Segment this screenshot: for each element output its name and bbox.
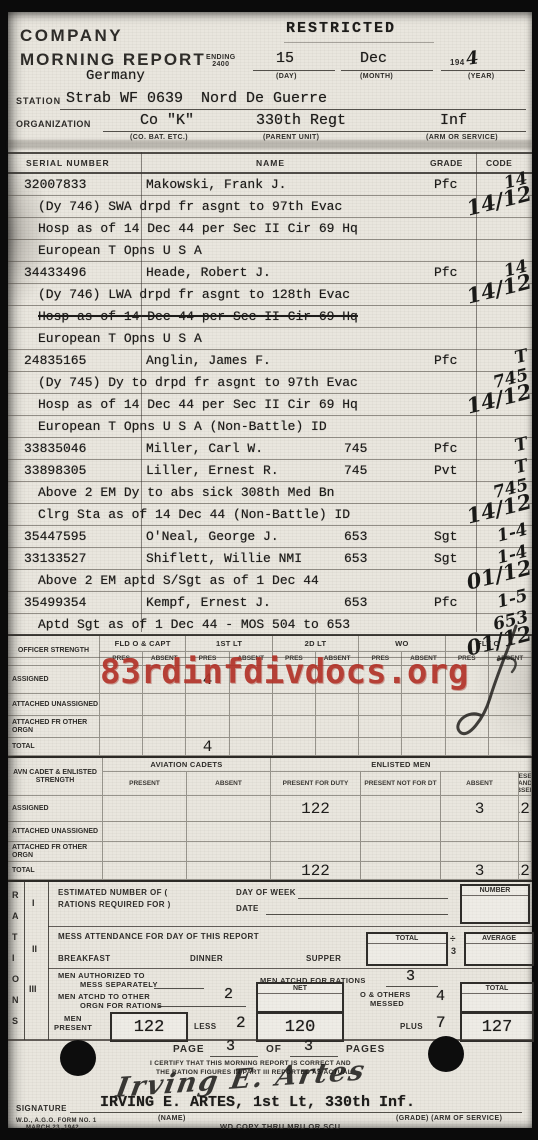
enlisted-strength-table: AVN CADET & ENLISTED STRENGTHAVIATION CA… — [8, 756, 532, 882]
roster-row: 35499354Kempf, Ernest J.653Pfc1-5 — [8, 592, 532, 614]
enlisted-cell-value — [441, 842, 519, 862]
grade-value: Sgt — [434, 529, 457, 544]
officer-row-label: ATTACHED FR OTHER ORGN — [8, 716, 100, 738]
rations-estimated-label2: RATIONS REQUIRED FOR ) — [58, 900, 171, 909]
aviation-cadets-header: AVIATION CADETS — [103, 758, 271, 772]
officer-cell-value — [316, 694, 359, 716]
soldier-name: Makowski, Frank J. — [146, 177, 286, 192]
entry-note: Above 2 EM aptd S/Sgt as of 1 Dec 44 — [38, 573, 319, 588]
entry-note: European T Opns U S A (Non-Battle) ID — [38, 419, 327, 434]
soldier-name: Miller, Carl W. — [146, 441, 263, 456]
divide-by-value: 3 — [451, 946, 456, 956]
officer-row-label: ASSIGNED — [8, 666, 100, 694]
signature-underline — [70, 1112, 522, 1113]
form-number-line2: MARCH 23, 1942 — [26, 1125, 79, 1131]
roster-row: (Dy 746) LWA drpd fr asgnt to 128th Evac… — [8, 284, 532, 306]
column-name: NAME — [256, 158, 285, 168]
grade-value: Pfc — [434, 353, 457, 368]
breakfast-label: BREAKFAST — [58, 954, 111, 963]
mos-code: 653 — [344, 551, 367, 566]
supper-label: SUPPER — [306, 954, 341, 963]
entry-note: Hosp as of 14 Dec 44 per Sec II Cir 69 H… — [38, 397, 358, 412]
enlisted-subcol-header: PRESENT — [103, 772, 187, 796]
soldier-name: O'Neal, George J. — [146, 529, 279, 544]
officer-group-header: 2D LT — [273, 636, 359, 652]
enlisted-cell-value: 122 — [271, 862, 361, 880]
entry-note: (Dy 746) SWA drpd fr asgnt to 97th Evac — [38, 199, 342, 214]
serial-number: 24835165 — [24, 353, 86, 368]
soldier-name: Liller, Ernest R. — [146, 463, 279, 478]
enlisted-cell-value: 125 — [519, 862, 532, 880]
men-atchd-rations-value: 3 — [406, 968, 415, 985]
station-value: Strab WF 0639 Nord De Guerre — [66, 90, 327, 107]
officer-cell-value — [273, 716, 316, 738]
enlisted-subcol-header: PRESENT AND ABSENT — [519, 772, 532, 796]
entry-note: (Dy 746) LWA drpd fr asgnt to 128th Evac — [38, 287, 350, 302]
officer-cell-value — [316, 716, 359, 738]
rations-side-label: RATIONS — [8, 882, 25, 1040]
scan-smudge — [8, 140, 532, 149]
officer-row-label: ATTACHED UNASSIGNED — [8, 694, 100, 716]
rations-total-box-label: TOTAL — [462, 984, 532, 994]
date-label: DATE — [236, 904, 259, 913]
organization-label: ORGANIZATION — [16, 119, 91, 129]
roster-row: 34433496Heade, Robert J.Pfc14 — [8, 262, 532, 284]
station-underline — [60, 109, 526, 110]
net-value-box: 120 — [256, 1012, 344, 1042]
average-box: AVERAGE — [464, 932, 534, 966]
section-numeral-3: III — [29, 984, 37, 994]
rations-letter: S — [12, 1016, 18, 1026]
roster-row: European T Opns U S A — [8, 240, 532, 262]
men-atchd-rations-blank — [386, 986, 438, 987]
page-current: 3 — [226, 1038, 235, 1055]
enlisted-cell-value — [187, 842, 271, 862]
roster-header-row: SERIAL NUMBER NAME GRADE CODE — [8, 152, 532, 174]
year-underline — [441, 70, 525, 71]
roster-row: Hosp as of 14 Dec 44 per Sec II Cir 69 H… — [8, 394, 532, 416]
organization-underline — [103, 131, 526, 132]
officer-cell-value — [143, 694, 186, 716]
entry-note: Hosp as of 14 Dec 44 per Sec II Cir 69 H… — [38, 309, 358, 324]
year-printed: 194 — [450, 58, 465, 67]
rations-letter: R — [12, 890, 19, 900]
enlisted-cell-value — [361, 822, 441, 842]
officer-cell-value — [359, 694, 402, 716]
station-label: STATION — [16, 96, 61, 106]
handwritten-scribble — [438, 620, 532, 760]
officer-cell-value — [100, 738, 143, 756]
classification-stamp: RESTRICTED — [286, 20, 396, 37]
roster-divider-serial — [141, 152, 142, 632]
officer-group-header: WO — [359, 636, 445, 652]
section-numeral-2: II — [32, 944, 37, 954]
punch-hole-left — [60, 1040, 96, 1076]
grand-total-value: 127 — [482, 1018, 513, 1037]
rations-estimated-label1: ESTIMATED NUMBER OF ( — [58, 888, 168, 897]
enlisted-cell-value: 122 — [271, 796, 361, 822]
band-divider-2 — [48, 968, 532, 969]
column-serial-number: SERIAL NUMBER — [26, 158, 110, 168]
org-unit-value: Co "K" — [140, 112, 194, 129]
serial-number: 33133527 — [24, 551, 86, 566]
officer-cell-value — [230, 738, 273, 756]
enlisted-cell-value — [187, 822, 271, 842]
grade-value: Pfc — [434, 265, 457, 280]
divide-sign: ÷ — [450, 934, 456, 945]
date-month-value: Dec — [360, 50, 387, 67]
rations-letter: O — [12, 974, 19, 984]
page-current-blank — [210, 1056, 258, 1057]
scan-detail — [458, 626, 516, 734]
rule-line — [284, 42, 434, 43]
plus-value: 7 — [436, 1014, 446, 1032]
less-label: LESS — [194, 1022, 217, 1031]
atchd-other-label2: ORGN FOR RATIONS — [80, 1001, 162, 1010]
officer-group-header: 1ST LT — [186, 636, 272, 652]
roster-row: 33133527Shiflett, Willie NMI653Sgt1-4 — [8, 548, 532, 570]
date-day-value: 15 — [276, 50, 294, 67]
men-present-value: 122 — [134, 1018, 165, 1037]
form-title-line1: COMPANY — [20, 26, 123, 46]
enlisted-subcol-header: ABSENT — [441, 772, 519, 796]
enlisted-row-label: ATTACHED FR OTHER ORGN — [8, 842, 103, 862]
enlisted-subcol-header: PRESENT FOR DUTY — [271, 772, 361, 796]
roster-row: European T Opns U S A (Non-Battle) ID — [8, 416, 532, 438]
officer-row-label: TOTAL — [8, 738, 100, 756]
officer-cell-value — [100, 716, 143, 738]
column-code: CODE — [486, 158, 512, 168]
enlisted-cell-value — [271, 822, 361, 842]
roster-row: 33835046Miller, Carl W.745PfcT — [8, 438, 532, 460]
number-box-label: NUMBER — [462, 886, 528, 896]
column-grade: GRADE — [430, 158, 463, 168]
serial-number: 32007833 — [24, 177, 86, 192]
page-total: 3 — [304, 1038, 313, 1055]
men-authorized-label2: MESS SEPARATELY — [80, 980, 158, 989]
ending-label-top: ENDING — [206, 54, 236, 61]
org-arm-value: Inf — [440, 112, 467, 129]
entry-note: Clrg Sta as of 14 Dec 44 (Non-Battle) ID — [38, 507, 350, 522]
roster-row: (Dy 745) Dy to drpd fr asgnt to 97th Eva… — [8, 372, 532, 394]
enlisted-row-label: ASSIGNED — [8, 796, 103, 822]
enlisted-cell-value — [103, 796, 187, 822]
net-value: 120 — [285, 1018, 316, 1037]
atchd-other-label1: MEN ATCHD TO OTHER — [58, 992, 150, 1001]
officer-cell-value — [359, 738, 402, 756]
serial-number: 35447595 — [24, 529, 86, 544]
officer-cell-value — [230, 694, 273, 716]
grade-value: Pfc — [434, 595, 457, 610]
enlisted-cell-value: 3 — [441, 862, 519, 880]
serial-number: 33898305 — [24, 463, 86, 478]
band-divider-1 — [48, 926, 532, 927]
entry-note: Hosp as of 14 Dec 44 per Sec II Cir 69 H… — [38, 221, 358, 236]
officer-cell-value — [359, 716, 402, 738]
soldier-name: Heade, Robert J. — [146, 265, 271, 280]
mess-separately-blank — [154, 988, 204, 989]
org-parent-value: 330th Regt — [256, 112, 346, 129]
roster-row: Clrg Sta as of 14 Dec 44 (Non-Battle) ID… — [8, 504, 532, 526]
rations-section-numerals: I II III — [24, 882, 49, 1040]
enlisted-cell-value — [361, 842, 441, 862]
entry-note: Aptd Sgt as of 1 Dec 44 - MOS 504 to 653 — [38, 617, 350, 632]
officer-strength-title: OFFICER STRENGTH — [8, 636, 100, 666]
rations-letter: I — [12, 953, 15, 963]
rations-letter: T — [12, 932, 18, 942]
signature-label: SIGNATURE — [16, 1104, 67, 1113]
enlisted-row-label: ATTACHED UNASSIGNED — [8, 822, 103, 842]
mess-total-box-label: TOTAL — [368, 934, 446, 944]
serial-number: 33835046 — [24, 441, 86, 456]
page-of-label: OF — [266, 1044, 282, 1055]
enlisted-cell-value — [361, 796, 441, 822]
entry-note: European T Opns U S A — [38, 331, 202, 346]
roster-rows: 32007833Makowski, Frank J.Pfc14(Dy 746) … — [8, 174, 532, 658]
officer-cell-value — [273, 694, 316, 716]
roster-table: SERIAL NUMBER NAME GRADE CODE 32007833Ma… — [8, 152, 532, 658]
day-sublabel: (DAY) — [276, 73, 297, 80]
serial-number: 35499354 — [24, 595, 86, 610]
less-value: 2 — [236, 1014, 246, 1032]
officer-group-header: FLD O & CAPT — [100, 636, 186, 652]
scanned-morning-report: { "watermark": {"text": "83rdinfdivdocs.… — [0, 0, 538, 1140]
officer-cell-value — [316, 738, 359, 756]
page-label2: PAGES — [346, 1044, 385, 1055]
grade-value: Pfc — [434, 177, 457, 192]
officer-cell-value — [273, 738, 316, 756]
enlisted-cell-value — [103, 842, 187, 862]
month-sublabel: (MONTH) — [360, 73, 393, 80]
mos-code: 653 — [344, 595, 367, 610]
rations-section: RATIONS I II III ESTIMATED NUMBER OF ( R… — [8, 880, 532, 1040]
atchd-other-value: 2 — [224, 986, 233, 1003]
roster-row: Above 2 EM aptd S/Sgt as of 1 Dec 4401/1… — [8, 570, 532, 592]
entry-note: (Dy 745) Dy to drpd fr asgnt to 97th Eva… — [38, 375, 358, 390]
officer-cell-value — [186, 694, 229, 716]
mos-code: 745 — [344, 463, 367, 478]
dinner-label: DINNER — [190, 954, 223, 963]
roster-row: (Dy 746) SWA drpd fr asgnt to 97th Evac1… — [8, 196, 532, 218]
officer-cell-value — [143, 738, 186, 756]
grade-value: Pfc — [434, 441, 457, 456]
grade-value: Sgt — [434, 551, 457, 566]
copy-routing-note: WD COPY THRU MRU OR SCU — [220, 1122, 341, 1131]
day-of-week-label: DAY OF WEEK — [236, 888, 296, 897]
roster-row: Hosp as of 14 Dec 44 per Sec II Cir 69 H… — [8, 306, 532, 328]
grade-value: Pvt — [434, 463, 457, 478]
serial-number: 34433496 — [24, 265, 86, 280]
form-number-line1: W.D., A.G.O. FORM NO. 1 — [16, 1118, 97, 1124]
enlisted-cell-value — [187, 796, 271, 822]
enlisted-men-header: ENLISTED MEN — [271, 758, 532, 772]
others-messed-label1: O & OTHERS — [360, 990, 411, 999]
enlisted-row-label: TOTAL — [8, 862, 103, 880]
enlisted-cell-value — [519, 822, 532, 842]
enlisted-cell-value — [519, 842, 532, 862]
enlisted-cell-value — [441, 822, 519, 842]
enlisted-subcol-header: PRESENT NOT FOR DT — [361, 772, 441, 796]
name-sublabel: (NAME) — [158, 1115, 186, 1122]
day-underline — [253, 70, 335, 71]
date-blank — [266, 914, 448, 915]
roster-row: European T Opns U S A — [8, 328, 532, 350]
code-handwritten: T — [513, 434, 530, 456]
atchd-other-blank — [158, 1006, 246, 1007]
roster-row: 32007833Makowski, Frank J.Pfc14 — [8, 174, 532, 196]
grade-sublabel: (GRADE) (ARM OF SERVICE) — [396, 1115, 502, 1122]
others-messed-label2: MESSED — [370, 999, 404, 1008]
enlisted-cell-value — [103, 822, 187, 842]
roster-row: Hosp as of 14 Dec 44 per Sec II Cir 69 H… — [8, 218, 532, 240]
soldier-name: Kempf, Ernest J. — [146, 595, 271, 610]
month-underline — [341, 70, 433, 71]
roster-row: 35447595O'Neal, George J.653Sgt1-4 — [8, 526, 532, 548]
soldier-name: Anglin, James F. — [146, 353, 271, 368]
officer-cell-value — [100, 694, 143, 716]
rations-letter: N — [12, 995, 19, 1005]
men-authorized-label1: MEN AUTHORIZED TO — [58, 971, 145, 980]
plus-label: PLUS — [400, 1022, 423, 1031]
roster-row: 33898305Liller, Ernest R.745PvtT — [8, 460, 532, 482]
net-box-label: NET — [258, 984, 342, 994]
grand-total-box: 127 — [460, 1012, 534, 1042]
number-box: NUMBER — [460, 884, 530, 924]
men-present-label1: MEN — [64, 1014, 82, 1023]
enlisted-cell-value — [103, 862, 187, 880]
day-of-week-blank — [298, 898, 448, 899]
officer-cell-value — [186, 716, 229, 738]
ending-label: ENDING 2400 — [206, 54, 236, 68]
punch-hole-right — [428, 1036, 464, 1072]
officer-cell-value: 4 — [186, 738, 229, 756]
enlisted-cell-value — [271, 842, 361, 862]
rations-total-box: TOTAL — [460, 982, 534, 1013]
entry-note: Above 2 EM Dy to abs sick 308th Med Bn — [38, 485, 334, 500]
page-label1: PAGE — [173, 1044, 205, 1055]
men-present-label2: PRESENT — [54, 1023, 92, 1032]
roster-row: Above 2 EM Dy to abs sick 308th Med Bn74… — [8, 482, 532, 504]
enlisted-strength-title: AVN CADET & ENLISTED STRENGTH — [8, 758, 103, 796]
site-watermark: 83rdinfdivdocs.org — [100, 652, 468, 692]
entry-note: European T Opns U S A — [38, 243, 202, 258]
form-title-line2: MORNING REPORT — [20, 50, 206, 70]
ending-label-bottom: 2400 — [212, 61, 229, 68]
year-written: 4 — [465, 47, 480, 70]
soldier-name: Shiflett, Willie NMI — [146, 551, 302, 566]
mos-code: 653 — [344, 529, 367, 544]
mess-total-box: TOTAL — [366, 932, 448, 966]
year-sublabel: (YEAR) — [468, 73, 495, 80]
enlisted-cell-value: 3 — [441, 796, 519, 822]
net-box: NET — [256, 982, 344, 1013]
officer-cell-value — [230, 716, 273, 738]
mess-attendance-title: MESS ATTENDANCE FOR DAY OF THIS REPORT — [58, 932, 259, 941]
enlisted-cell-value — [187, 862, 271, 880]
rations-letter: A — [12, 911, 19, 921]
paper-sheet: RESTRICTED COMPANY MORNING REPORT ENDING… — [8, 12, 532, 1128]
country-value: Germany — [86, 68, 145, 84]
section-numeral-1: I — [32, 898, 35, 908]
enlisted-subcol-header: ABSENT — [187, 772, 271, 796]
men-present-box: 122 — [110, 1012, 188, 1042]
average-box-label: AVERAGE — [466, 934, 532, 944]
mos-code: 745 — [344, 441, 367, 456]
officer-cell-value — [143, 716, 186, 738]
enlisted-cell-value — [361, 862, 441, 880]
enlisted-cell-value: 125 — [519, 796, 532, 822]
others-messed-value: 4 — [436, 988, 445, 1005]
roster-row: 24835165Anglin, James F.PfcT — [8, 350, 532, 372]
